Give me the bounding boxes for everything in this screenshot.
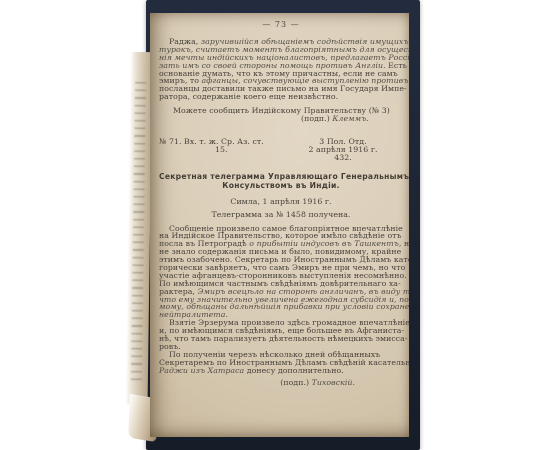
- book-page: — 73 — Раджа, заручившійся обѣщаніемъ со…: [150, 13, 409, 437]
- text-line: нѣ, что тамъ парализуетъ дѣятельность нѣ…: [159, 335, 403, 343]
- telegram-reply-paragraph: Раджа, заручившійся обѣщаніемъ содѣйстві…: [159, 38, 403, 101]
- registry-date: 3 Пол. Отд.2 апрѣля 1916 г.432.: [291, 138, 395, 162]
- text-line: ратора, содержаніе коего еще неизвѣстно.: [159, 93, 403, 101]
- page-number: — 73 —: [159, 20, 403, 29]
- telegram-body-paragraph-2: Взятіе Эрзерума произвело здѣсь громадно…: [159, 319, 403, 351]
- text-line: Консульствомъ въ Индіи.: [159, 181, 403, 190]
- text-line: (подп.) Тиховскій.: [159, 379, 403, 387]
- telegram-body-paragraph-3: По полученіи черезъ нѣсколько дней обѣща…: [159, 351, 403, 375]
- text-line: Раджи изъ Хатраса донесу дополнительно.: [159, 367, 403, 375]
- blurred-text-smudge: [131, 80, 146, 380]
- text-line: 432.: [291, 154, 395, 162]
- book-photo: — 73 — Раджа, заручившійся обѣщаніемъ со…: [0, 0, 550, 450]
- forwarding-note: Можете сообщить Индійскому Правительству…: [159, 107, 403, 123]
- text-line: (подп.) Клеммъ.: [159, 115, 403, 123]
- telegram-dateline: Симла, 1 апрѣля 1916 г.: [159, 198, 403, 206]
- registry-reference-block: № 71. Вх. т. ж. Ср. Аз. ст.15. 3 Пол. От…: [159, 138, 403, 162]
- page-content: — 73 — Раджа, заручившійся обѣщаніемъ со…: [150, 13, 409, 437]
- text-line: 15.: [159, 146, 291, 154]
- telegram-received-line: Телеграмма за № 1458 получена.: [159, 211, 403, 219]
- telegram-body-paragraph-1: Сообщеніе произвело самое благопріятное …: [159, 225, 403, 320]
- text-line: Секретная телеграмма Управляющаго Генера…: [159, 172, 403, 181]
- telegram-signature: (подп.) Тиховскій.: [159, 379, 403, 387]
- registry-number: № 71. Вх. т. ж. Ср. Аз. ст.15.: [159, 138, 291, 162]
- telegram-title: Секретная телеграмма Управляющаго Генера…: [159, 172, 403, 190]
